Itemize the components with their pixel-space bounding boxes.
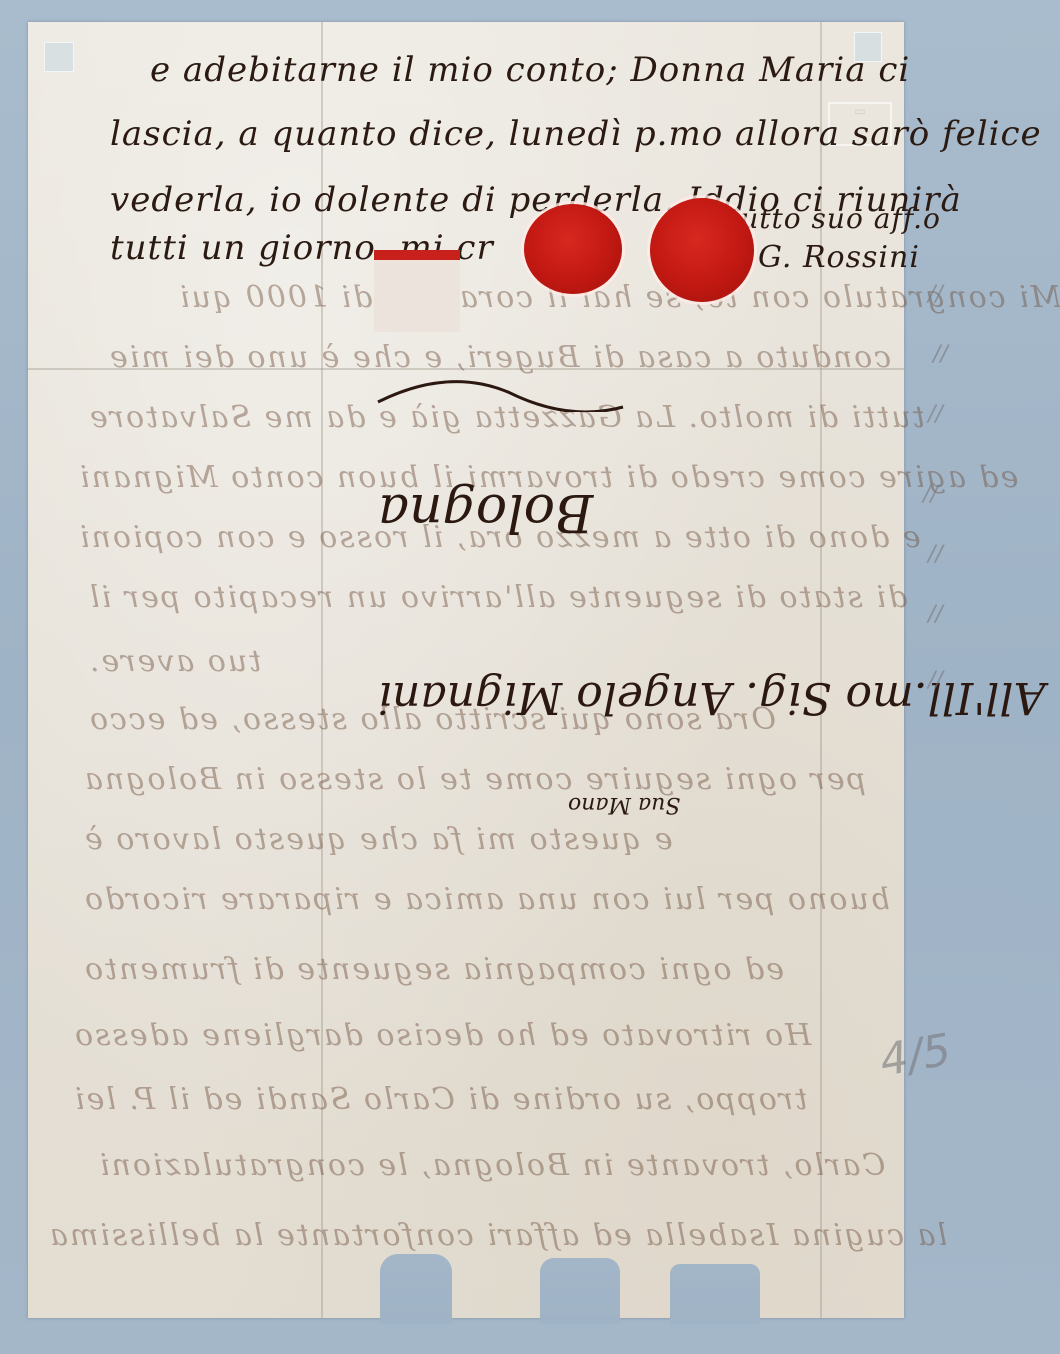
- bleed-line: Ho ritrovato ed ho deciso dargliene ades…: [73, 1018, 811, 1053]
- bleed-line: di stato di seguente all'arrivo un recap…: [88, 580, 907, 615]
- address-recipient: All'Ill.mo Sig. Angelo Mignani: [378, 672, 1045, 723]
- letter-line: e adebitarne il mio conto; Donna Maria c…: [150, 50, 910, 90]
- torn-notch: [540, 1258, 620, 1324]
- pencil-tick: //: [933, 342, 948, 367]
- bleed-line: ed ogni compagnia seguente di frumento: [83, 952, 784, 987]
- bleed-line: e questo mi fa che questo lavoro è: [83, 822, 673, 857]
- torn-notch: [670, 1264, 760, 1324]
- broken-wax-seal: [374, 250, 460, 332]
- address-city: Bologna: [378, 482, 593, 542]
- wax-seal: [524, 204, 622, 294]
- bleed-line: troppo, su ordine di Carlo Sandi ed il P…: [73, 1082, 807, 1117]
- bleed-line: la cugina Isabella ed affari confortante…: [48, 1218, 947, 1253]
- letter-line: lascia, a quanto dice, lunedì p.mo allor…: [110, 114, 1042, 154]
- address-flourish: [368, 372, 628, 412]
- bleed-line: buono per lui con una amica e riparare r…: [83, 882, 890, 917]
- pencil-tick: //: [928, 602, 943, 627]
- pencil-tick: //: [928, 668, 943, 693]
- wax-seal: [650, 198, 754, 302]
- torn-notch: [380, 1254, 452, 1324]
- tape-corner: [44, 42, 74, 72]
- address-note: Sua Mano: [568, 792, 680, 817]
- bleed-line: per ogni seguire come te lo stesso in Bo…: [83, 762, 866, 797]
- letter-paper: ▭ Mi congratulo con te, se hai il coragg…: [28, 22, 904, 1318]
- bleed-line: Carlo, trovante in Bologna, le congratul…: [98, 1148, 885, 1183]
- pencil-tick: //: [928, 542, 943, 567]
- pencil-side-note: 4/5: [876, 1024, 955, 1087]
- pencil-tick: //: [928, 282, 943, 307]
- letter-closing: tutto suo aff.o: [728, 202, 941, 235]
- pencil-tick: //: [923, 482, 938, 507]
- signature: G. Rossini: [758, 240, 920, 275]
- bleed-line: tuo avere.: [88, 644, 261, 679]
- pencil-tick: //: [928, 402, 943, 427]
